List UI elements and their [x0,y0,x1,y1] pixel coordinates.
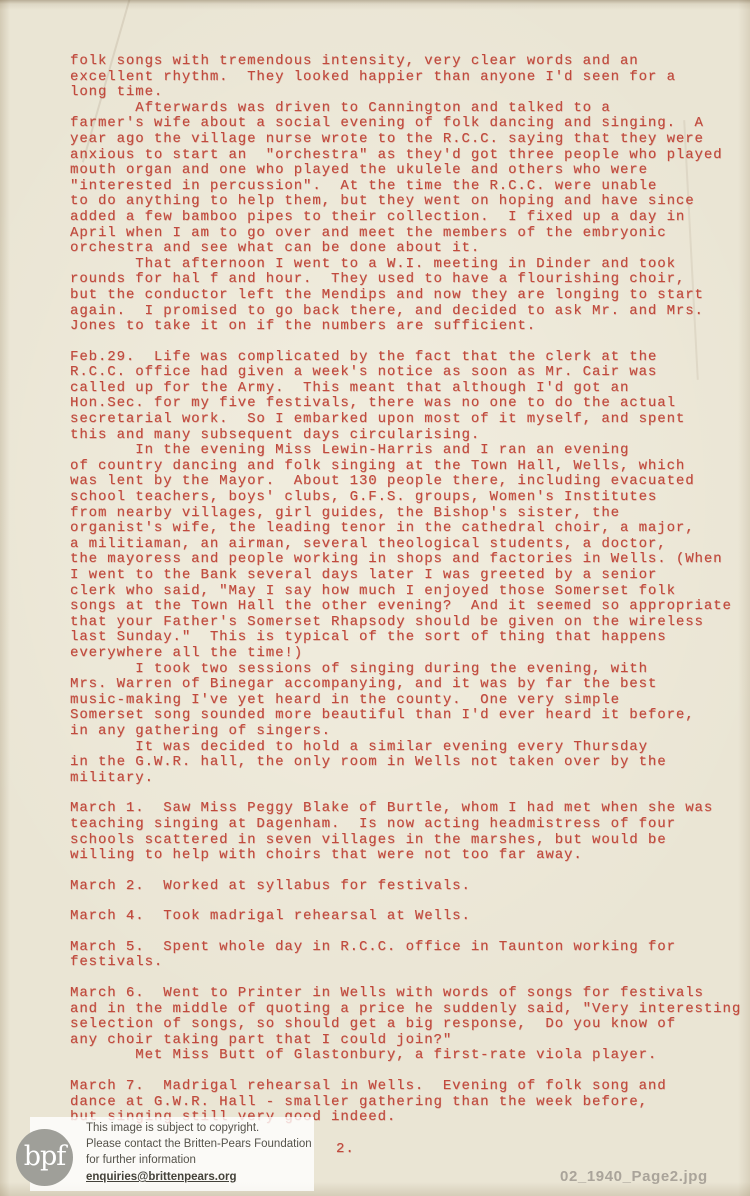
copyright-line-3: for further information [86,1152,312,1168]
copyright-line-2: Please contact the Britten-Pears Foundat… [86,1136,312,1152]
paragraph: Feb.29. Life was complicated by the fact… [70,350,741,787]
paragraph: March 4. Took madrigal rehearsal at Well… [70,909,741,925]
paragraph: March 2. Worked at syllabus for festival… [70,879,741,895]
scanned-page: folk songs with tremendous intensity, ve… [0,0,750,1196]
copyright-notice: This image is subject to copyright. Plea… [86,1120,312,1185]
document-body: folk songs with tremendous intensity, ve… [70,54,741,1126]
paragraph: March 5. Spent whole day in R.C.C. offic… [70,940,741,971]
page-number: 2. [336,1141,355,1157]
paragraph: March 1. Saw Miss Peggy Blake of Burtle,… [70,801,741,863]
paragraph: March 6. Went to Printer in Wells with w… [70,986,741,1064]
paragraph: folk songs with tremendous intensity, ve… [70,54,741,335]
filename-watermark: 02_1940_Page2.jpg [560,1168,708,1185]
copyright-line-1: This image is subject to copyright. [86,1120,312,1136]
bpf-logo-text: bpf [24,1141,66,1175]
contact-email-link[interactable]: enquiries@brittenpears.org [86,1169,237,1185]
bpf-logo: bpf [16,1129,73,1186]
